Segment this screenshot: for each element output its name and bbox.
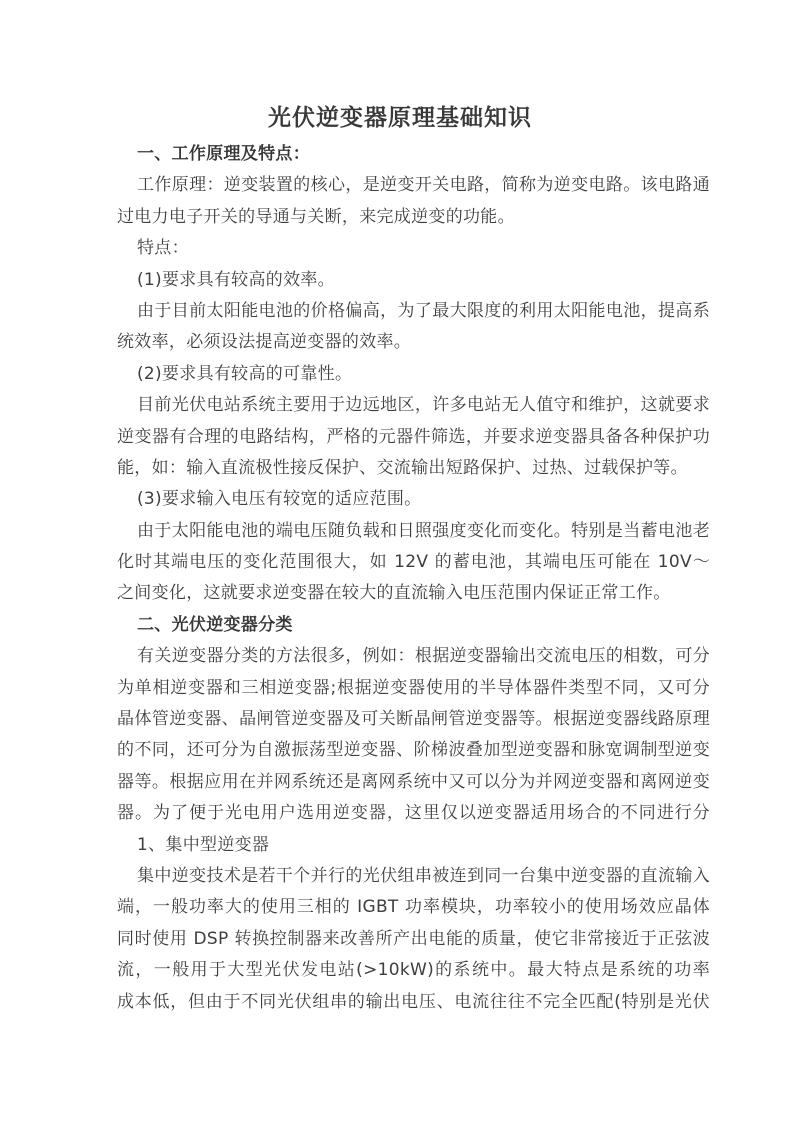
text-line: 由于太阳能电池的端电压随负载和日照强度变化而变化。特别是当蓄电池老: [117, 516, 710, 547]
text-line: 端，一般功率大的使用三相的 IGBT 功率模块，功率较小的使用场效应晶体管，: [117, 892, 710, 923]
text-line: 晶体管逆变器、晶闸管逆变器及可关断晶闸管逆变器等。根据逆变器线路原理: [117, 704, 710, 735]
text-line: 过电力电子开关的导通与关断，来完成逆变的功能。: [117, 202, 710, 233]
document-body: 一、工作原理及特点：工作原理：逆变装置的核心，是逆变开关电路，简称为逆变电路。该…: [117, 139, 710, 1018]
text-line: 化时其端电压的变化范围很大，如 12V 的蓄电池，其端电压可能在 10V～16V: [117, 547, 710, 578]
document-page: 光伏逆变器原理基础知识 一、工作原理及特点：工作原理：逆变装置的核心，是逆变开关…: [0, 0, 800, 1130]
section-heading-line: 二、光伏逆变器分类: [117, 610, 710, 641]
text-line: 目前光伏电站系统主要用于边远地区，许多电站无人值守和维护，这就要求: [117, 390, 710, 421]
text-line: 器等。根据应用在并网系统还是离网系统中又可以分为并网逆变器和离网逆变: [117, 767, 710, 798]
text-line: (1)要求具有较高的效率。: [117, 265, 710, 296]
text-line: 之间变化，这就要求逆变器在较大的直流输入电压范围内保证正常工作。: [117, 578, 710, 609]
text-line: 逆变器有合理的电路结构，严格的元器件筛选，并要求逆变器具备各种保护功: [117, 422, 710, 453]
text-line: 能，如：输入直流极性接反保护、交流输出短路保护、过热、过载保护等。: [117, 453, 710, 484]
text-line: 有关逆变器分类的方法很多，例如：根据逆变器输出交流电压的相数，可分: [117, 641, 710, 672]
text-line: 成本低，但由于不同光伏组串的输出电压、电流往往不完全匹配(特别是光伏组: [117, 987, 710, 1018]
document-title: 光伏逆变器原理基础知识: [0, 99, 800, 132]
text-line: 统效率，必须设法提高逆变器的效率。: [117, 327, 710, 358]
section-heading-line: 一、工作原理及特点：: [117, 139, 710, 170]
text-line: 器。为了便于光电用户选用逆变器，这里仅以逆变器适用场合的不同进行分类。: [117, 798, 710, 829]
text-line: (2)要求具有较高的可靠性。: [117, 359, 710, 390]
text-line: 特点：: [117, 233, 710, 264]
text-line: 1、集中型逆变器: [117, 830, 710, 861]
text-line: 集中逆变技术是若干个并行的光伏组串被连到同一台集中逆变器的直流输入: [117, 861, 710, 892]
text-line: 同时使用 DSP 转换控制器来改善所产出电能的质量，使它非常接近于正弦波电: [117, 924, 710, 955]
text-line: 工作原理：逆变装置的核心，是逆变开关电路，简称为逆变电路。该电路通: [117, 170, 710, 201]
text-line: 流，一般用于大型光伏发电站(>10kW)的系统中。最大特点是系统的功率高，: [117, 955, 710, 986]
text-line: 为单相逆变器和三相逆变器;根据逆变器使用的半导体器件类型不同，又可分为: [117, 673, 710, 704]
text-line: 由于目前太阳能电池的价格偏高，为了最大限度的利用太阳能电池，提高系: [117, 296, 710, 327]
text-line: (3)要求输入电压有较宽的适应范围。: [117, 484, 710, 515]
text-line: 的不同，还可分为自激振荡型逆变器、阶梯波叠加型逆变器和脉宽调制型逆变: [117, 735, 710, 766]
